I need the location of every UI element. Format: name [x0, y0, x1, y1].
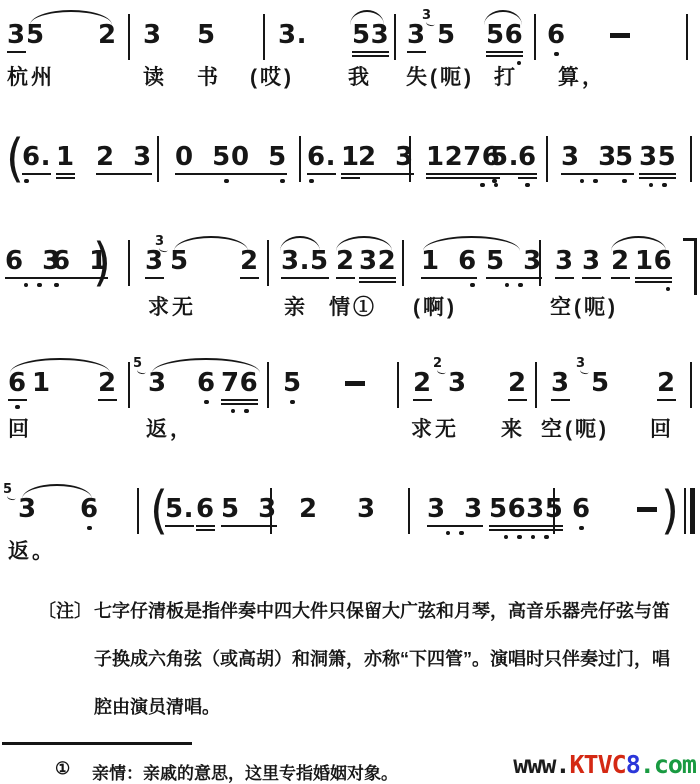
barline	[686, 14, 688, 60]
barline	[157, 136, 159, 182]
grace-note: 5	[133, 357, 142, 376]
note-digits: 3	[148, 370, 167, 396]
barline	[394, 14, 396, 60]
note: 6.	[307, 144, 336, 183]
note-digits: 6	[80, 496, 99, 522]
lyric: 我	[348, 66, 372, 90]
note-digits: 3 3	[427, 496, 483, 522]
beam-line	[486, 55, 523, 58]
note-digits: 2	[336, 248, 355, 274]
octave-dot	[24, 283, 29, 288]
beam-line	[615, 173, 634, 176]
note-digits: 6.	[22, 144, 51, 170]
beam-line	[635, 281, 672, 284]
octave-dot-row	[8, 405, 27, 410]
lyric: 返，	[146, 418, 194, 442]
note: 3	[555, 248, 574, 279]
note: 3	[357, 496, 376, 522]
octave-dot	[494, 183, 499, 188]
note: 5	[26, 22, 45, 48]
note: 32	[359, 248, 396, 283]
grace-note: 3	[422, 9, 431, 28]
note: 76	[221, 370, 258, 413]
barline	[299, 136, 301, 182]
note-digits: 6	[547, 22, 566, 48]
note: 1 6	[421, 248, 477, 287]
beam-line	[407, 51, 426, 54]
barline	[128, 240, 130, 286]
beam-line	[56, 177, 75, 180]
note-digits: 2	[299, 496, 318, 522]
octave-dot	[231, 409, 236, 414]
octave-dot-row	[488, 179, 521, 184]
note: 5.	[490, 144, 519, 183]
beam-line	[421, 277, 477, 280]
note: 6	[80, 496, 99, 530]
octave-dot-row	[547, 52, 566, 57]
note: 5	[197, 22, 216, 48]
octave-dot	[579, 526, 584, 531]
system-end-bracket	[683, 238, 697, 295]
note: 6	[196, 496, 215, 531]
barline	[534, 14, 536, 60]
note-digits: 3	[18, 496, 37, 522]
note: 0 5	[175, 144, 231, 183]
beam-line	[352, 51, 389, 54]
octave-dot	[309, 179, 314, 184]
note: 2	[413, 370, 432, 401]
lyric: 空(呃)	[550, 296, 618, 320]
final-barline	[684, 488, 696, 534]
octave-dot	[517, 535, 522, 540]
note: 1	[32, 370, 51, 396]
octave-dot-row	[615, 179, 634, 184]
note-digits: 3	[143, 22, 162, 48]
octave-dot-row	[489, 535, 563, 540]
octave-dot-row	[305, 179, 338, 184]
beam-line	[175, 173, 231, 176]
note: 35	[591, 370, 610, 396]
note-digits: 35	[639, 144, 676, 170]
watermark-part: KTVC	[570, 750, 626, 779]
beam-line	[352, 55, 389, 58]
octave-dot	[87, 526, 92, 531]
note: 1	[56, 144, 75, 179]
octave-dot	[531, 535, 536, 540]
tie-arc	[10, 358, 110, 373]
note: 3 3	[427, 496, 483, 535]
grace-note: 3	[155, 235, 164, 254]
octave-dot	[24, 179, 29, 184]
octave-dot	[446, 531, 451, 536]
barline	[402, 240, 404, 286]
note-digits: 3	[555, 248, 574, 274]
octave-dot	[662, 183, 667, 188]
note: 6	[518, 144, 537, 187]
beam-line	[582, 277, 601, 280]
octave-dot-row	[572, 526, 591, 531]
beam-line	[518, 173, 537, 176]
note-digits: 6	[8, 370, 27, 396]
beam-line	[508, 399, 527, 402]
note-digits: 6	[197, 370, 216, 396]
note-digits: 1	[56, 144, 75, 170]
note-digits: 5	[615, 144, 634, 170]
beam-line	[145, 277, 164, 280]
beam-line	[359, 281, 396, 284]
note-digits: 3.	[278, 22, 307, 48]
octave-dot	[554, 52, 559, 57]
note-line: 七字仔清板是指伴奏中四大件只保留大广弦和月琴，高音乐器壳仔弦与笛	[94, 597, 670, 623]
tie-arc	[484, 10, 522, 25]
note: 35	[639, 144, 676, 187]
octave-dot	[593, 179, 598, 184]
note: 6	[8, 370, 27, 409]
beam-line	[639, 177, 676, 180]
watermark-part: .com	[640, 750, 696, 779]
grace-note: 5	[3, 483, 12, 502]
note: 6.	[22, 144, 51, 183]
octave-dot-row	[486, 283, 542, 288]
note-digits: 2	[657, 370, 676, 396]
octave-dot	[459, 531, 464, 536]
note: 6	[572, 496, 591, 530]
barline	[553, 488, 555, 534]
note-digits: 2	[98, 22, 117, 48]
beam-line	[427, 525, 483, 528]
note: 3.	[278, 22, 307, 48]
octave-dot-row	[518, 183, 537, 188]
barline	[690, 136, 692, 182]
tie-arc	[350, 10, 384, 25]
octave-dot	[580, 179, 585, 184]
note-digits: 2	[508, 370, 527, 396]
note-digits: 2 3	[358, 144, 414, 170]
note: 2	[336, 248, 355, 279]
octave-dot	[544, 535, 549, 540]
footnote-text: 亲情：亲戚的意思，这里专指婚姻对象。	[92, 759, 398, 784]
note: 53	[352, 22, 389, 57]
note-digits: 5	[283, 370, 302, 396]
note: 3	[143, 22, 162, 48]
barline	[408, 488, 410, 534]
lyric: 求无	[148, 296, 196, 320]
octave-dot-row	[633, 287, 674, 292]
barline	[539, 240, 541, 286]
octave-dot	[37, 283, 42, 288]
beam-line	[7, 51, 26, 54]
tie-arc	[280, 236, 320, 251]
footnote-marker: ①	[55, 759, 70, 779]
tie-arc	[22, 484, 92, 499]
note: 35	[170, 248, 189, 274]
beam-line	[639, 173, 676, 176]
octave-dot-row	[20, 179, 53, 184]
beam-line	[486, 277, 542, 280]
octave-dot	[290, 400, 295, 405]
note-digits: 1 6	[421, 248, 477, 274]
note: 35	[437, 22, 456, 48]
lyric: 读	[143, 66, 167, 90]
octave-dot	[470, 283, 475, 288]
note-digits: 16	[635, 248, 672, 274]
note-digits: 3	[7, 22, 26, 48]
octave-dot	[505, 283, 510, 288]
barline	[397, 362, 399, 408]
lyric: 情①	[329, 296, 377, 320]
parenthesis: )	[93, 236, 111, 288]
octave-dot	[504, 535, 509, 540]
note-digits: 2	[413, 370, 432, 396]
lyric: 空(呃)	[541, 418, 609, 442]
lyric: (哎)	[250, 66, 294, 90]
note-digits: 3	[551, 370, 570, 396]
note-digits: 0 5	[231, 144, 287, 170]
note: 2	[98, 22, 117, 48]
octave-dot	[280, 179, 285, 184]
lyric: 失(呃)	[406, 66, 474, 90]
note-digits: 6	[518, 144, 537, 170]
octave-dot-row	[561, 179, 617, 184]
lyric: 打	[494, 66, 518, 90]
beam-line	[551, 399, 570, 402]
tie-arc	[152, 358, 260, 373]
note-digits: 5 3	[486, 248, 542, 274]
note-digits: 3	[448, 370, 467, 396]
note-digits: 6	[196, 496, 215, 522]
beam-line	[657, 399, 676, 402]
beam-line	[358, 173, 414, 176]
beam-line	[240, 277, 259, 280]
beam-line	[307, 173, 336, 176]
watermark-part: www.	[513, 750, 569, 779]
tie-arc	[423, 236, 520, 251]
note-digits: 3 3	[561, 144, 617, 170]
beam-line	[221, 403, 258, 406]
note-digits: 5 3	[221, 496, 277, 522]
beam-line	[336, 277, 355, 280]
beam-line	[281, 277, 329, 280]
note: 3 3	[561, 144, 617, 183]
note-digits: 1	[32, 370, 51, 396]
barline	[409, 136, 411, 182]
note-digits: 5.	[490, 144, 519, 170]
note: 2	[508, 370, 527, 401]
beam-line	[341, 177, 360, 180]
octave-dot	[15, 405, 20, 410]
octave-dot	[54, 283, 59, 288]
barline	[546, 136, 548, 182]
note-digits: 1	[341, 144, 360, 170]
barline	[267, 240, 269, 286]
beam-line	[561, 173, 617, 176]
barline	[690, 362, 692, 408]
beam-line	[413, 399, 432, 402]
note: 16	[635, 248, 672, 291]
beam-line	[96, 173, 152, 176]
barline	[263, 14, 265, 60]
note: 3.5	[281, 248, 329, 279]
lyric: 返。	[8, 540, 56, 564]
octave-dot	[666, 287, 671, 292]
tie-arc	[611, 236, 666, 251]
beam-line	[635, 277, 672, 280]
note: 6	[197, 370, 216, 404]
note-digits: 2	[611, 248, 630, 274]
octave-dot	[518, 283, 523, 288]
barline	[535, 362, 537, 408]
beam-line	[98, 399, 117, 402]
sheet-music-page: 352353.53335566杭州读书(哎)我失(呃)打算，(6.12 30 5…	[0, 0, 700, 784]
beam-line	[22, 173, 51, 176]
note-digits: 32	[359, 248, 396, 274]
note-digits: 5	[26, 22, 45, 48]
note: 53	[18, 496, 37, 522]
note-digits: 53	[352, 22, 389, 48]
note: 1	[341, 144, 360, 179]
grace-note: 3	[576, 357, 585, 376]
note-digits: 5	[197, 22, 216, 48]
final-barline-thick	[690, 488, 695, 534]
barline	[128, 14, 130, 60]
note-digits: 3	[582, 248, 601, 274]
octave-dot	[204, 400, 209, 405]
lyric: 回	[8, 418, 32, 442]
octave-dot-row	[173, 179, 233, 184]
note-digits: 2 3	[96, 144, 152, 170]
octave-dot-row	[80, 526, 99, 531]
watermark-part: 8	[626, 750, 640, 779]
note: 2	[98, 370, 117, 401]
note-line: 腔由演员清唱。	[94, 693, 220, 719]
footnote-divider	[2, 742, 192, 745]
note-digits: 5	[437, 22, 456, 48]
note: 5 3	[221, 496, 277, 527]
beam-line	[196, 525, 215, 528]
octave-dot-row	[197, 400, 216, 405]
beam-line	[490, 173, 519, 176]
note: 2 3	[358, 144, 414, 175]
note-digits: 5.	[165, 496, 194, 522]
octave-dot	[622, 179, 627, 184]
dash-note	[610, 33, 630, 38]
lyric: 杭州	[7, 66, 55, 90]
note-digits: 2	[240, 248, 259, 274]
octave-dot	[525, 183, 530, 188]
octave-dot-row	[424, 183, 502, 188]
barline	[267, 362, 269, 408]
tie-arc	[336, 236, 392, 251]
barline	[137, 488, 139, 534]
note: 2 3	[96, 144, 152, 175]
octave-dot-row	[427, 531, 483, 536]
lyric: 来	[501, 418, 525, 442]
octave-dot-row	[221, 409, 258, 414]
dash-note	[637, 507, 657, 512]
grace-note: 2	[433, 357, 442, 376]
note: 2	[240, 248, 259, 279]
note: 6	[547, 22, 566, 56]
note-digits: 56	[486, 22, 523, 48]
beam-line	[196, 529, 215, 532]
octave-dot	[517, 61, 522, 66]
beam-line	[221, 399, 258, 402]
lyric: 回	[650, 418, 674, 442]
parenthesis: )	[661, 484, 679, 536]
note: 53	[148, 370, 167, 396]
beam-line	[341, 173, 360, 176]
lyric: 书	[197, 66, 221, 90]
beam-line	[221, 525, 277, 528]
lyric: 算，	[558, 66, 606, 90]
octave-dot	[244, 409, 249, 414]
note-digits: 5	[591, 370, 610, 396]
watermark: www.KTVC8.com	[513, 750, 696, 779]
beam-line	[231, 173, 287, 176]
note-digits: 6.	[307, 144, 336, 170]
note: 5.	[165, 496, 194, 527]
beam-line	[555, 277, 574, 280]
note-digits: 0 5	[175, 144, 231, 170]
beam-line	[518, 177, 537, 180]
note: 5	[615, 144, 634, 183]
note: 0 5	[231, 144, 287, 183]
lyric: (啊)	[413, 296, 457, 320]
octave-dot	[492, 179, 497, 184]
note-label: 〔注〕	[38, 597, 92, 623]
note: 3	[551, 370, 570, 401]
octave-dot-row	[229, 179, 289, 184]
tie-arc	[174, 236, 248, 251]
octave-dot-row	[484, 61, 525, 66]
octave-dot-row	[283, 400, 302, 405]
note: 56	[486, 22, 523, 65]
beam-line	[8, 399, 27, 402]
note: 2	[299, 496, 318, 522]
note-digits: 5	[170, 248, 189, 274]
note: 5	[283, 370, 302, 404]
dash-note	[345, 381, 365, 386]
final-barline-thin	[684, 488, 686, 534]
note-line: 子换成六角弦（或高胡）和洞箫，亦称“下四管”。演唱时只伴奏过门，唱	[94, 645, 670, 671]
lyric: 求无	[411, 418, 459, 442]
beam-line	[165, 525, 194, 528]
beam-line	[486, 51, 523, 54]
note: 5 3	[486, 248, 542, 287]
octave-dot-row	[419, 283, 479, 288]
octave-dot-row	[639, 183, 676, 188]
barline	[128, 362, 130, 408]
beam-line	[359, 277, 396, 280]
lyric: 亲	[284, 296, 308, 320]
note: 2	[657, 370, 676, 401]
tie-arc	[30, 10, 112, 25]
octave-dot	[480, 183, 485, 188]
beam-line	[56, 173, 75, 176]
beam-line	[611, 277, 630, 280]
note-digits: 3	[357, 496, 376, 522]
note: 3	[7, 22, 26, 53]
note-digits: 3.5	[281, 248, 329, 274]
barline	[270, 488, 272, 534]
octave-dot	[649, 183, 654, 188]
note-digits: 2	[98, 370, 117, 396]
note: 3	[582, 248, 601, 279]
note-digits: 6	[572, 496, 591, 522]
note: 2	[611, 248, 630, 279]
note-digits: 76	[221, 370, 258, 396]
note: 23	[448, 370, 467, 396]
